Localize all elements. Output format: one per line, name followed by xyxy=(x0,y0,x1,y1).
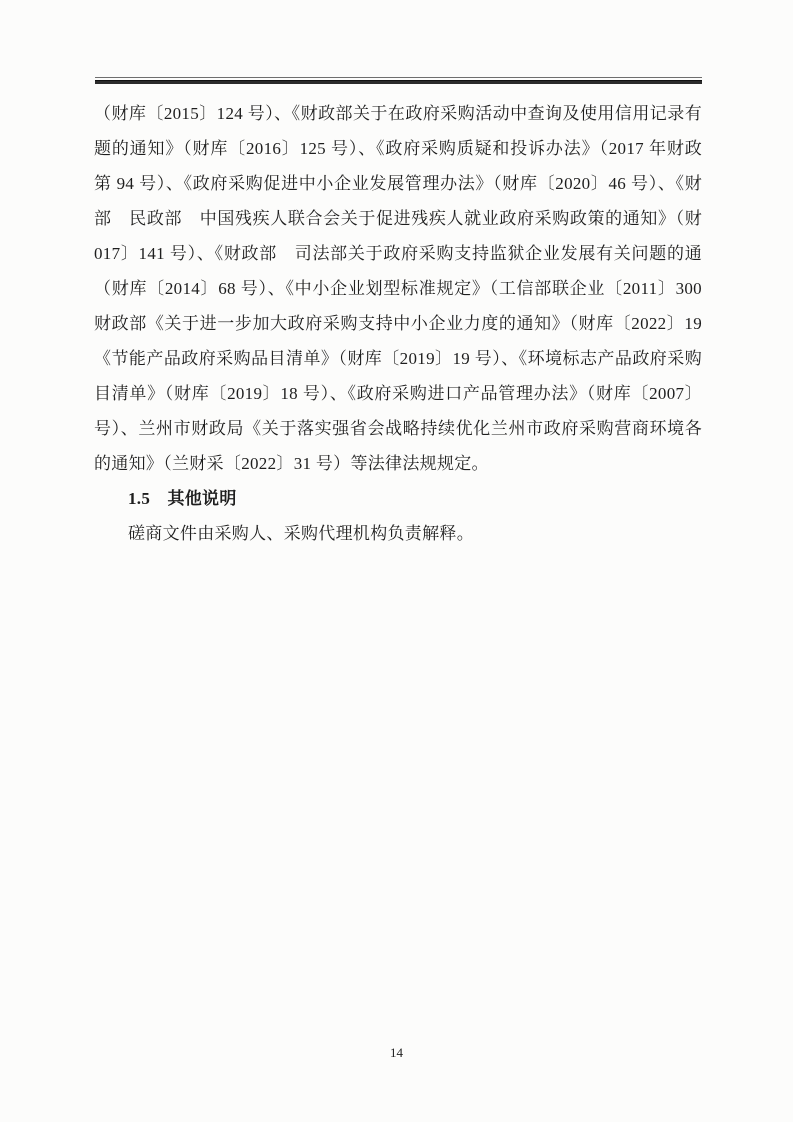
paragraph-line: （财库〔2014〕68 号）、《中小企业划型标准规定》（工信部联企业〔2011〕… xyxy=(94,271,702,306)
document-page: （财库〔2015〕124 号）、《财政部关于在政府采购活动中查询及使用信用记录有… xyxy=(0,0,793,1122)
section-heading-1-5: 1.5 其他说明 xyxy=(94,481,702,516)
paragraph-line: 部 民政部 中国残疾人联合会关于促进残疾人就业政府采购政策的通知》（财库〔2 xyxy=(94,201,702,236)
paragraph-line: 号）、兰州市财政局《关于落实强省会战略持续优化兰州市政府采购营商环境各项政策 xyxy=(94,411,702,446)
paragraph-line: 题的通知》（财库〔2016〕125 号）、《政府采购质疑和投诉办法》（2017 … xyxy=(94,131,702,166)
paragraph-line: 的通知》（兰财采〔2022〕31 号）等法律法规规定。 xyxy=(94,446,702,481)
body-text-block: （财库〔2015〕124 号）、《财政部关于在政府采购活动中查询及使用信用记录有… xyxy=(94,96,702,551)
page-number: 14 xyxy=(0,1045,793,1061)
header-rule xyxy=(95,77,702,84)
paragraph-line: 第 94 号）、《政府采购促进中小企业发展管理办法》（财库〔2020〕46 号）… xyxy=(94,166,702,201)
paragraph-line: 财政部《关于进一步加大政府采购支持中小企业力度的通知》（财库〔2022〕19 号… xyxy=(94,306,702,341)
paragraph-line: 《节能产品政府采购品目清单》（财库〔2019〕19 号）、《环境标志产品政府采购… xyxy=(94,341,702,376)
paragraph-line: 目清单》（财库〔2019〕18 号）、《政府采购进口产品管理办法》（财库〔200… xyxy=(94,376,702,411)
section-body-text: 磋商文件由采购人、采购代理机构负责解释。 xyxy=(94,516,702,551)
paragraph-line: （财库〔2015〕124 号）、《财政部关于在政府采购活动中查询及使用信用记录有… xyxy=(94,96,702,131)
paragraph-line: 017〕141 号）、《财政部 司法部关于政府采购支持监狱企业发展有关问题的通知… xyxy=(94,236,702,271)
header-rule-thick-line xyxy=(95,80,702,84)
